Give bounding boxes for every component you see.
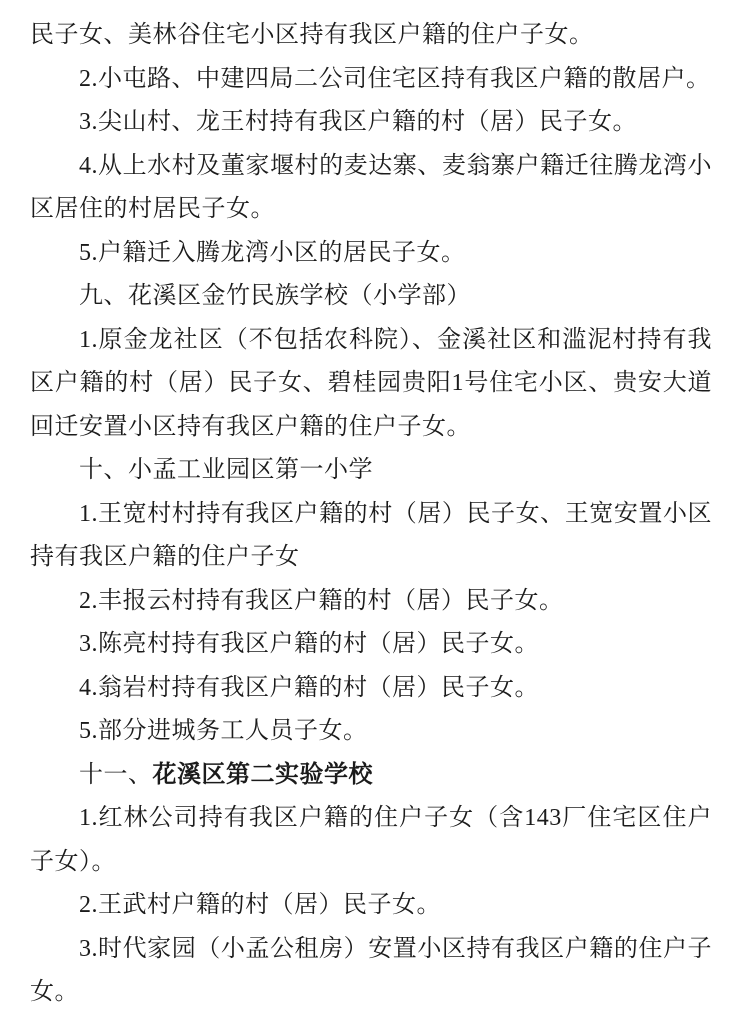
text-line: 1.原金龙社区（不包括农科院）、金溪社区和滥泥村持有我 bbox=[30, 319, 712, 363]
paragraph: 十一、花溪区第二实验学校 bbox=[30, 754, 712, 798]
text-line: 民子女、美林谷住宅小区持有我区户籍的住户子女。 bbox=[30, 14, 712, 58]
text-line: 女。 bbox=[30, 971, 712, 1015]
text-line: 4.从上水村及董家堰村的麦达寨、麦翁寨户籍迁往腾龙湾小 bbox=[30, 145, 712, 189]
text-line: 1.王宽村村持有我区户籍的村（居）民子女、王宽安置小区 bbox=[30, 493, 712, 537]
paragraph: 1.红林公司持有我区户籍的住户子女（含143厂住宅区住户子女）。 bbox=[30, 797, 712, 884]
paragraph: 民子女、美林谷住宅小区持有我区户籍的住户子女。 bbox=[30, 14, 712, 58]
text-line: 十、小孟工业园区第一小学 bbox=[30, 449, 712, 493]
document-page: 民子女、美林谷住宅小区持有我区户籍的住户子女。2.小屯路、中建四局二公司住宅区持… bbox=[0, 0, 740, 1034]
text-run: 子女）。 bbox=[30, 849, 116, 875]
text-run: 3.陈亮村持有我区户籍的村（居）民子女。 bbox=[79, 631, 539, 657]
text-line: 3.陈亮村持有我区户籍的村（居）民子女。 bbox=[30, 623, 712, 667]
paragraph: 2.丰报云村持有我区户籍的村（居）民子女。 bbox=[30, 580, 712, 624]
paragraph: 九、花溪区金竹民族学校（小学部） bbox=[30, 275, 712, 319]
bold-text-run: 花溪区第二实验学校 bbox=[153, 762, 374, 788]
text-run: 回迁安置小区持有我区户籍的住户子女。 bbox=[30, 414, 471, 440]
text-line: 3.时代家园（小孟公租房）安置小区持有我区户籍的住户子 bbox=[30, 928, 712, 972]
text-line: 区户籍的村（居）民子女、碧桂园贵阳1号住宅小区、贵安大道 bbox=[30, 362, 712, 406]
text-line: 十一、花溪区第二实验学校 bbox=[30, 754, 712, 798]
paragraph: 2.小屯路、中建四局二公司住宅区持有我区户籍的散居户。 bbox=[30, 58, 712, 102]
paragraph: 4.翁岩村持有我区户籍的村（居）民子女。 bbox=[30, 667, 712, 711]
text-run: 2.小屯路、中建四局二公司住宅区持有我区户籍的散居户。 bbox=[79, 66, 711, 92]
text-line: 九、花溪区金竹民族学校（小学部） bbox=[30, 275, 712, 319]
text-run: 2.王武村户籍的村（居）民子女。 bbox=[79, 892, 441, 918]
text-run: 持有我区户籍的住户子女 bbox=[30, 544, 300, 570]
text-line: 持有我区户籍的住户子女 bbox=[30, 536, 712, 580]
text-line: 3.尖山村、龙王村持有我区户籍的村（居）民子女。 bbox=[30, 101, 712, 145]
text-run: 十一、 bbox=[79, 762, 153, 788]
text-line: 回迁安置小区持有我区户籍的住户子女。 bbox=[30, 406, 712, 450]
text-run: 1.原金龙社区（不包括农科院）、金溪社区和滥泥村持有我 bbox=[79, 327, 712, 353]
text-run: 3.尖山村、龙王村持有我区户籍的村（居）民子女。 bbox=[79, 109, 637, 135]
paragraph: 1.王宽村村持有我区户籍的村（居）民子女、王宽安置小区持有我区户籍的住户子女 bbox=[30, 493, 712, 580]
text-run: 4.翁岩村持有我区户籍的村（居）民子女。 bbox=[79, 675, 539, 701]
text-run: 4.从上水村及董家堰村的麦达寨、麦翁寨户籍迁往腾龙湾小 bbox=[79, 153, 712, 179]
text-run: 1.红林公司持有我区户籍的住户子女（含143厂住宅区住户 bbox=[79, 805, 712, 831]
paragraph: 4.从上水村及董家堰村的麦达寨、麦翁寨户籍迁往腾龙湾小区居住的村居民子女。 bbox=[30, 145, 712, 232]
text-run: 民子女、美林谷住宅小区持有我区户籍的住户子女。 bbox=[30, 22, 594, 48]
paragraph: 5.户籍迁入腾龙湾小区的居民子女。 bbox=[30, 232, 712, 276]
text-line: 4.翁岩村持有我区户籍的村（居）民子女。 bbox=[30, 667, 712, 711]
text-line: 2.丰报云村持有我区户籍的村（居）民子女。 bbox=[30, 580, 712, 624]
paragraph: 5.部分进城务工人员子女。 bbox=[30, 710, 712, 754]
text-line: 1.红林公司持有我区户籍的住户子女（含143厂住宅区住户 bbox=[30, 797, 712, 841]
text-run: 5.部分进城务工人员子女。 bbox=[79, 718, 368, 744]
paragraph: 十、小孟工业园区第一小学 bbox=[30, 449, 712, 493]
text-line: 5.户籍迁入腾龙湾小区的居民子女。 bbox=[30, 232, 712, 276]
text-run: 2.丰报云村持有我区户籍的村（居）民子女。 bbox=[79, 588, 564, 614]
text-line: 子女）。 bbox=[30, 841, 712, 885]
paragraph: 2.王武村户籍的村（居）民子女。 bbox=[30, 884, 712, 928]
text-run: 女。 bbox=[30, 979, 79, 1005]
paragraph: 3.陈亮村持有我区户籍的村（居）民子女。 bbox=[30, 623, 712, 667]
paragraph: 3.时代家园（小孟公租房）安置小区持有我区户籍的住户子女。 bbox=[30, 928, 712, 1015]
text-line: 5.部分进城务工人员子女。 bbox=[30, 710, 712, 754]
text-run: 十、小孟工业园区第一小学 bbox=[79, 457, 373, 483]
text-run: 区居住的村居民子女。 bbox=[30, 196, 275, 222]
text-run: 区户籍的村（居）民子女、碧桂园贵阳1号住宅小区、贵安大道 bbox=[30, 370, 712, 396]
paragraph: 1.原金龙社区（不包括农科院）、金溪社区和滥泥村持有我区户籍的村（居）民子女、碧… bbox=[30, 319, 712, 450]
text-run: 1.王宽村村持有我区户籍的村（居）民子女、王宽安置小区 bbox=[79, 501, 712, 527]
text-run: 九、花溪区金竹民族学校（小学部） bbox=[79, 283, 471, 309]
text-line: 2.王武村户籍的村（居）民子女。 bbox=[30, 884, 712, 928]
text-run: 3.时代家园（小孟公租房）安置小区持有我区户籍的住户子 bbox=[79, 936, 712, 962]
text-line: 2.小屯路、中建四局二公司住宅区持有我区户籍的散居户。 bbox=[30, 58, 712, 102]
paragraph: 3.尖山村、龙王村持有我区户籍的村（居）民子女。 bbox=[30, 101, 712, 145]
text-run: 5.户籍迁入腾龙湾小区的居民子女。 bbox=[79, 240, 466, 266]
text-line: 区居住的村居民子女。 bbox=[30, 188, 712, 232]
